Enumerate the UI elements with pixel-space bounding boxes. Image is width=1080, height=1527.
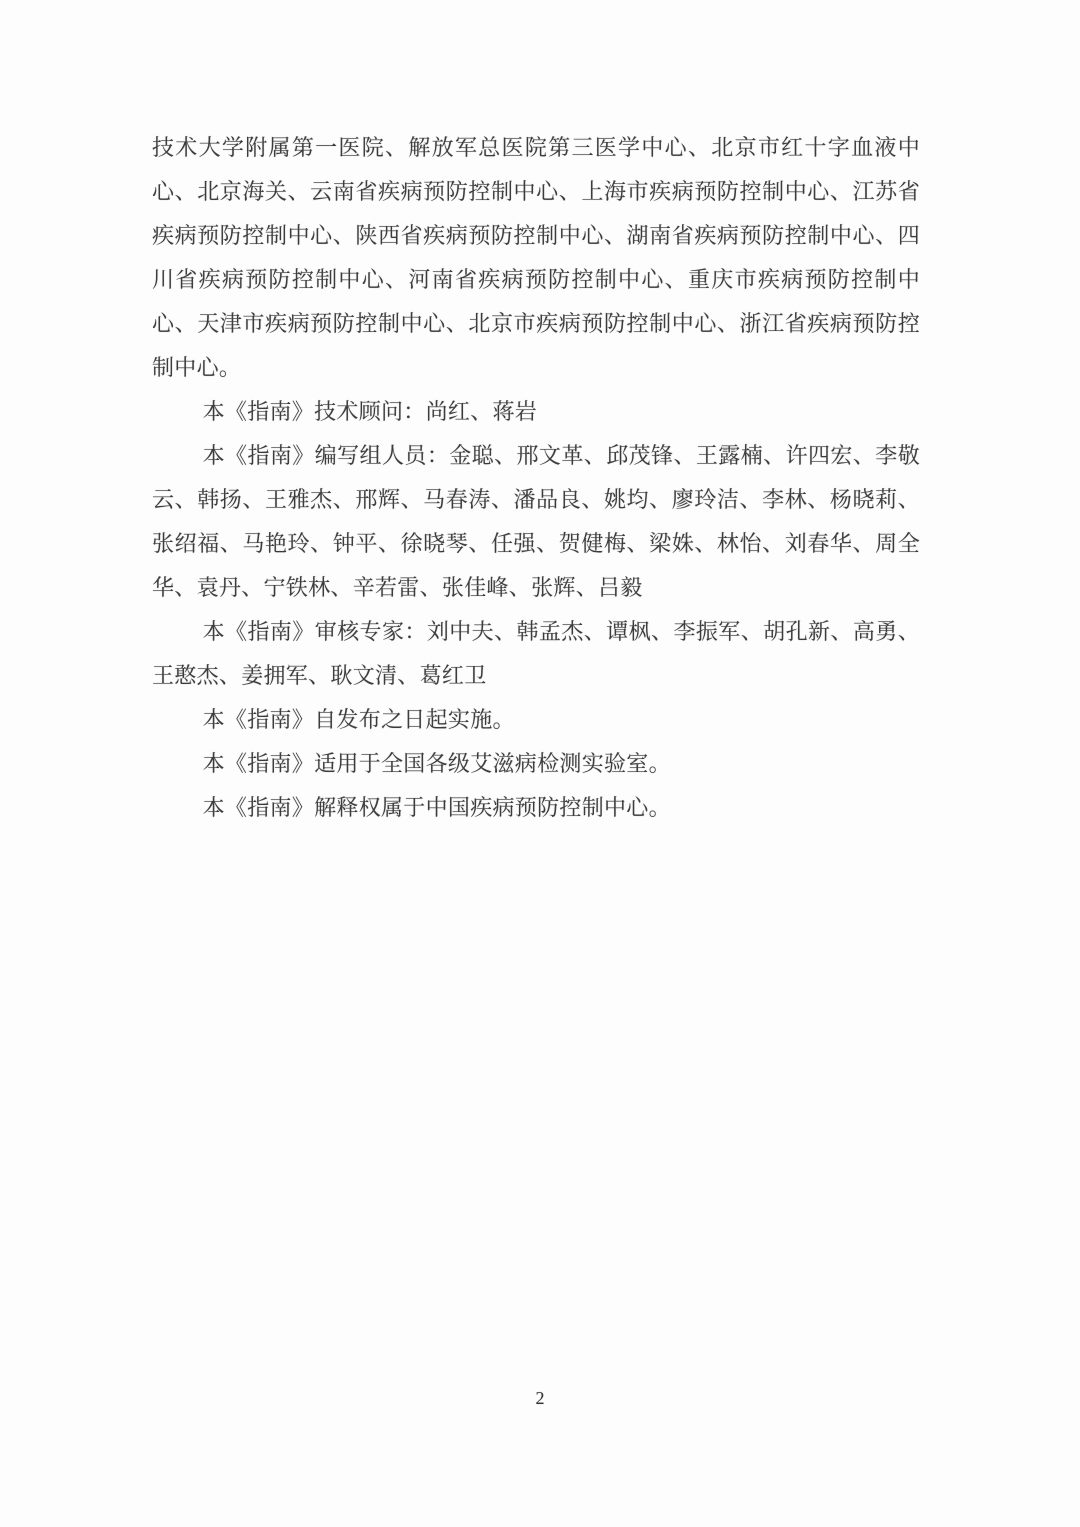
document-page: 技术大学附属第一医院、解放军总医院第三医学中心、北京市红十字血液中心、北京海关、… bbox=[0, 0, 1080, 1527]
document-body: 技术大学附属第一医院、解放军总医院第三医学中心、北京市红十字血液中心、北京海关、… bbox=[152, 126, 920, 830]
paragraph-scope: 本《指南》适用于全国各级艾滋病检测实验室。 bbox=[152, 742, 920, 786]
page-number: 2 bbox=[0, 1386, 1080, 1410]
paragraph-review-experts: 本《指南》审核专家：刘中夫、韩孟杰、谭枫、李振军、胡孔新、高勇、王憨杰、姜拥军、… bbox=[152, 610, 920, 698]
paragraph-writing-group: 本《指南》编写组人员：金聪、邢文革、邱茂锋、王露楠、许四宏、李敬云、韩扬、王雅杰… bbox=[152, 434, 920, 610]
paragraph-interpretation-rights: 本《指南》解释权属于中国疾病预防控制中心。 bbox=[152, 786, 920, 830]
paragraph-effective-date: 本《指南》自发布之日起实施。 bbox=[152, 698, 920, 742]
paragraph-institutions-continued: 技术大学附属第一医院、解放军总医院第三医学中心、北京市红十字血液中心、北京海关、… bbox=[152, 126, 920, 390]
paragraph-technical-advisors: 本《指南》技术顾问：尚红、蒋岩 bbox=[152, 390, 920, 434]
